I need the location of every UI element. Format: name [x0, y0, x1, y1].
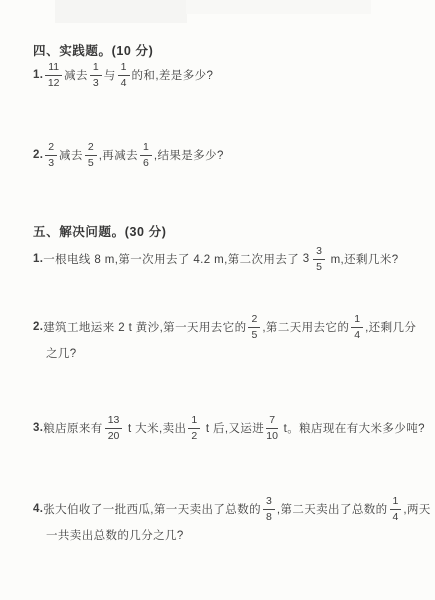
fraction-numerator: 1 — [390, 495, 402, 509]
question-practice-2: 2.23减去25,再减去16,结果是多少? — [33, 140, 427, 170]
fraction-denominator: 3 — [48, 156, 54, 169]
fraction-numerator: 1 — [351, 313, 363, 327]
question-line: 4.张大伯收了一批西瓜,第一天卖出了总数的38,第二天卖出了总数的14,两天 — [33, 494, 427, 524]
question-text: 减去 — [64, 67, 88, 83]
fraction: 16 — [140, 141, 152, 168]
fraction-denominator: 6 — [143, 156, 149, 169]
question-line: 1.一根电线 8 m,第一次用去了 4.2 m,第二次用去了 335 m,还剩几… — [33, 244, 427, 274]
fraction: 1112 — [45, 61, 62, 88]
question-text: 的和,差是多少? — [132, 67, 214, 83]
question-text: 一根电线 8 m,第一次用去了 4.2 m,第二次用去了 — [43, 251, 303, 267]
fraction: 38 — [263, 495, 275, 522]
section-heading-practice: 四、实践题。(10 分) — [33, 41, 153, 59]
question-text: 建筑工地运来 2 t 黄沙,第一天用去它的 — [43, 319, 246, 335]
question-text: 与 — [104, 67, 116, 83]
question-number: 2. — [33, 321, 43, 333]
question-text: ,两天 — [403, 501, 430, 517]
fraction-denominator: 3 — [93, 76, 99, 89]
fraction-numerator: 1 — [90, 61, 102, 75]
fraction-numerator: 3 — [263, 495, 275, 509]
question-solve-1: 1.一根电线 8 m,第一次用去了 4.2 m,第二次用去了 335 m,还剩几… — [33, 244, 427, 274]
question-text: ,再减去 — [99, 147, 138, 163]
fraction-numerator: 7 — [266, 414, 278, 428]
fraction-numerator: 1 — [140, 141, 152, 155]
fraction-numerator: 3 — [313, 245, 325, 259]
question-text: 减去 — [59, 147, 83, 163]
question-line: 一共卖出总数的几分之几? — [33, 524, 427, 546]
question-text: ,还剩几分 — [365, 319, 416, 335]
fraction-denominator: 20 — [108, 429, 120, 442]
question-text: ,第二天卖出了总数的 — [277, 501, 388, 517]
fraction: 25 — [85, 141, 97, 168]
question-number: 2. — [33, 149, 43, 161]
fraction-denominator: 5 — [316, 260, 322, 273]
question-line: 1.1112减去13与14的和,差是多少? — [33, 60, 427, 90]
fraction-numerator: 2 — [85, 141, 97, 155]
section-heading-solve: 五、解决问题。(30 分) — [33, 222, 167, 240]
scan-artifact — [55, 0, 187, 23]
fraction-denominator: 8 — [266, 510, 272, 523]
fraction-denominator: 5 — [88, 156, 94, 169]
fraction: 35 — [313, 245, 325, 272]
question-text: 一共卖出总数的几分之几? — [46, 527, 184, 543]
question-text: 粮店原来有 — [43, 420, 103, 436]
fraction: 710 — [266, 414, 278, 441]
question-text: t 大米,卖出 — [124, 420, 186, 436]
fraction-numerator: 1 — [188, 414, 200, 428]
question-text: t。粮店现在有大米多少吨? — [280, 420, 425, 436]
question-solve-2: 2.建筑工地运来 2 t 黄沙,第一天用去它的25,第二天用去它的14,还剩几分… — [33, 312, 427, 364]
fraction: 1320 — [105, 414, 123, 441]
question-practice-1: 1.1112减去13与14的和,差是多少? — [33, 60, 427, 90]
scan-artifact — [186, 0, 371, 14]
question-text: ,结果是多少? — [154, 147, 224, 163]
fraction-denominator: 12 — [48, 76, 60, 89]
question-line: 3.粮店原来有1320 t 大米,卖出12 t 后,又运进710 t。粮店现在有… — [33, 413, 427, 443]
fraction-denominator: 4 — [354, 328, 360, 341]
fraction: 14 — [118, 61, 130, 88]
fraction-denominator: 4 — [121, 76, 127, 89]
fraction: 14 — [351, 313, 363, 340]
fraction: 25 — [248, 313, 260, 340]
question-number: 1. — [33, 69, 43, 81]
mixed-whole: 3 — [303, 253, 309, 265]
fraction-denominator: 2 — [191, 429, 197, 442]
worksheet-page: 四、实践题。(10 分) 1.1112减去13与14的和,差是多少? 2.23减… — [0, 0, 435, 600]
fraction-numerator: 2 — [248, 313, 260, 327]
fraction-numerator: 13 — [105, 414, 123, 428]
fraction-denominator: 4 — [393, 510, 399, 523]
mixed-number: 335 — [303, 245, 327, 272]
fraction: 14 — [390, 495, 402, 522]
fraction: 13 — [90, 61, 102, 88]
fraction-numerator: 2 — [45, 141, 57, 155]
question-text: 之几? — [46, 345, 77, 361]
question-line: 2.23减去25,再减去16,结果是多少? — [33, 140, 427, 170]
question-text: 张大伯收了一批西瓜,第一天卖出了总数的 — [43, 501, 261, 517]
question-number: 3. — [33, 422, 43, 434]
question-number: 4. — [33, 503, 43, 515]
question-text: ,第二天用去它的 — [262, 319, 349, 335]
fraction-numerator: 1 — [118, 61, 130, 75]
fraction-denominator: 10 — [266, 429, 278, 442]
fraction-denominator: 5 — [251, 328, 257, 341]
question-text: m,还剩几米? — [327, 251, 399, 267]
fraction: 23 — [45, 141, 57, 168]
question-solve-4: 4.张大伯收了一批西瓜,第一天卖出了总数的38,第二天卖出了总数的14,两天一共… — [33, 494, 427, 546]
question-text: t 后,又运进 — [202, 420, 264, 436]
question-line: 之几? — [33, 342, 427, 364]
question-solve-3: 3.粮店原来有1320 t 大米,卖出12 t 后,又运进710 t。粮店现在有… — [33, 413, 427, 443]
question-number: 1. — [33, 253, 43, 265]
fraction-numerator: 11 — [45, 61, 62, 75]
fraction: 12 — [188, 414, 200, 441]
question-line: 2.建筑工地运来 2 t 黄沙,第一天用去它的25,第二天用去它的14,还剩几分 — [33, 312, 427, 342]
